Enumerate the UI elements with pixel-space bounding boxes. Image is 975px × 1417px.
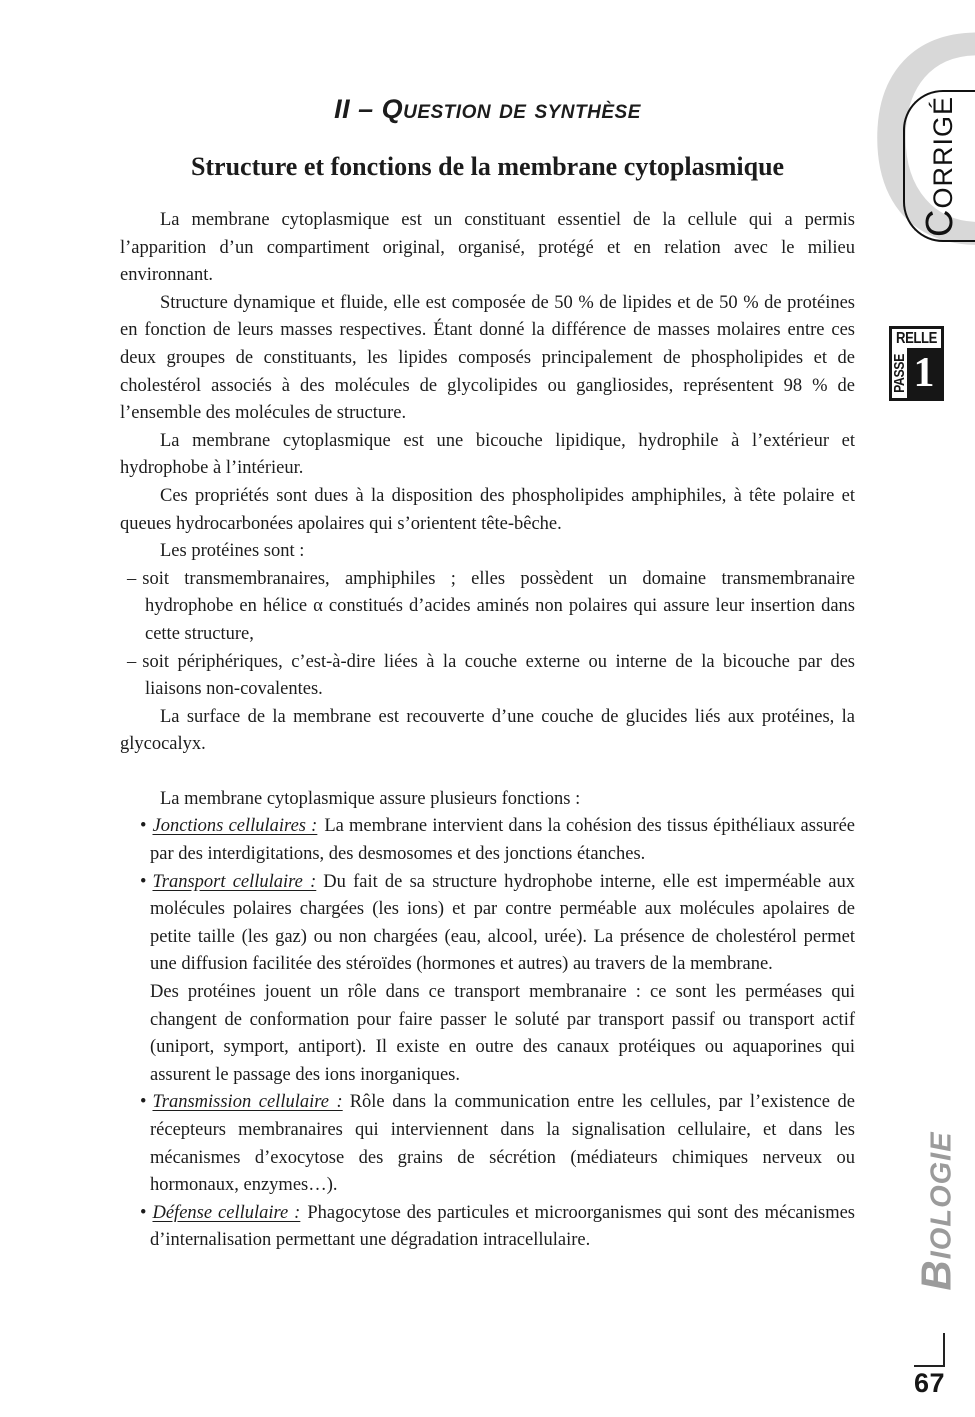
passerelle-badge: RELLE PASSE 1	[889, 326, 944, 401]
body-text: La membrane cytoplasmique est un constit…	[120, 207, 855, 1255]
paragraph-glycocalyx: La surface de la membrane est recouverte…	[120, 704, 855, 759]
function-title: Transmission cellulaire :	[152, 1092, 342, 1112]
badge-number: 1	[907, 348, 941, 398]
function-item-transmission: •Transmission cellulaire :Rôle dans la c…	[140, 1089, 855, 1199]
bullet-marker: •	[140, 1092, 146, 1112]
subject-sidebar-label: Biologie	[911, 1108, 963, 1313]
corrige-tab: Corrigé	[903, 90, 975, 242]
subject-label-text: Biologie	[913, 1131, 961, 1290]
protein-item-text: soit transmembranaires, amphiphiles ; el…	[142, 569, 855, 644]
function-title: Défense cellulaire :	[152, 1203, 300, 1223]
paragraph-intro-3: La membrane cytoplasmique est une bicouc…	[120, 428, 855, 483]
badge-text-passe: PASSE	[891, 354, 908, 393]
badge-text-relle: RELLE	[896, 329, 936, 348]
document-title: Structure et fonctions de la membrane cy…	[120, 152, 855, 182]
function-title: Jonctions cellulaires :	[152, 816, 317, 836]
function-title: Transport cellulaire :	[152, 872, 316, 892]
bullet-marker: •	[140, 872, 146, 892]
bullet-marker: •	[140, 1203, 146, 1223]
function-transport-extra: Des protéines jouent un rôle dans ce tra…	[150, 979, 855, 1089]
dash-marker: –	[127, 652, 136, 672]
proteins-lead: Les protéines sont :	[120, 538, 855, 566]
function-item-transport: •Transport cellulaire :Du fait de sa str…	[140, 869, 855, 979]
paragraph-intro-1: La membrane cytoplasmique est un constit…	[120, 207, 855, 290]
protein-item-transmembranaires: –soit transmembranaires, amphiphiles ; e…	[127, 566, 855, 649]
bullet-marker: •	[140, 816, 146, 836]
function-item-jonctions: •Jonctions cellulaires :La membrane inte…	[140, 813, 855, 868]
footer-corner-mark	[914, 1333, 945, 1367]
functions-lead: La membrane cytoplasmique assure plusieu…	[120, 786, 855, 814]
textbook-page: C Corrigé RELLE PASSE 1 Biologie 67 II –…	[0, 0, 975, 1417]
protein-item-peripheriques: –soit périphériques, c’est-à-dire liées …	[127, 649, 855, 704]
function-item-defense: •Défense cellulaire :Phagocytose des par…	[140, 1200, 855, 1255]
protein-item-text: soit périphériques, c’est-à-dire liées à…	[142, 652, 855, 700]
section-title: II – Question de synthèse	[120, 94, 855, 124]
page-number: 67	[914, 1368, 945, 1399]
dash-marker: –	[127, 569, 136, 589]
badge-lower-row: PASSE 1	[892, 348, 941, 398]
paragraph-intro-4: Ces propriétés sont dues à la dispositio…	[120, 483, 855, 538]
paragraph-intro-2: Structure dynamique et fluide, elle est …	[120, 290, 855, 428]
badge-side-column: PASSE	[892, 348, 907, 398]
content-column: II – Question de synthèse Structure et f…	[120, 94, 855, 1255]
corrige-tab-label: Corrigé	[919, 96, 962, 237]
